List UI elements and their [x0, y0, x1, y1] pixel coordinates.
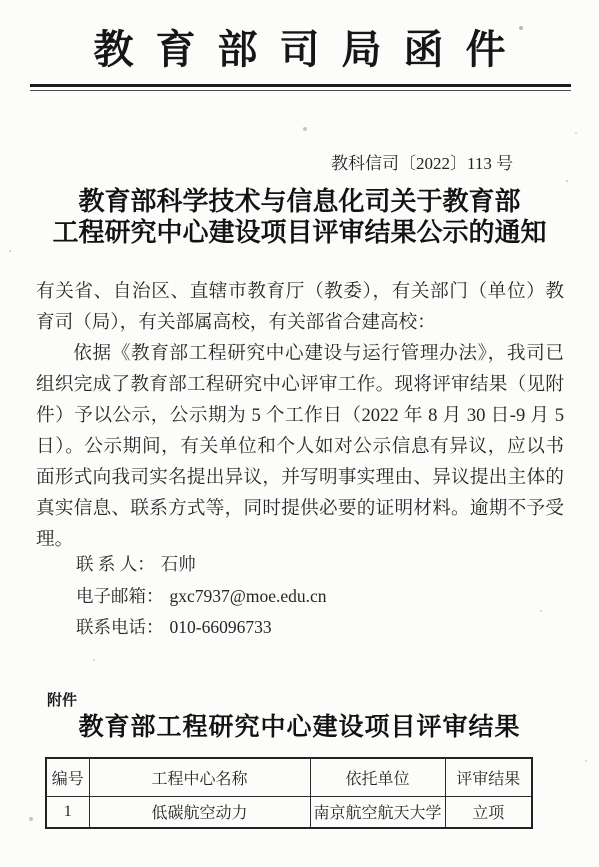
main-paragraph: 依据《教育部工程研究中心建设与运行管理办法》，我司已组织完成了教育部工程研究中心…	[36, 338, 564, 555]
contact-person-label: 联 系 人：	[76, 554, 155, 574]
contact-person-row: 联 系 人：石帅	[76, 549, 327, 581]
document-body: 有关省、自治区、直辖市教育厅（教委），有关部门（单位）教育司（局），有关部属高校…	[36, 276, 564, 555]
review-results-table: 编号 工程中心名称 依托单位 评审结果 1 低碳航空动力 南京航空航天大学 立项	[45, 757, 533, 829]
cell-center-name: 低碳航空动力	[89, 796, 310, 828]
header-cell-result: 评审结果	[445, 758, 532, 796]
contact-block: 联 系 人：石帅 电子邮箱：gxc7937@moe.edu.cn 联系电话：01…	[76, 549, 327, 644]
header-cell-number: 编号	[46, 758, 89, 796]
cell-number: 1	[46, 796, 89, 828]
contact-phone-value: 010-66096733	[164, 617, 272, 637]
contact-phone-label: 联系电话：	[76, 617, 164, 637]
contact-phone-row: 联系电话：010-66096733	[76, 612, 327, 644]
contact-email-value: gxc7937@moe.edu.cn	[164, 586, 327, 606]
attachment-table-title: 教育部工程研究中心建设项目评审结果	[0, 707, 599, 743]
document-number: 教科信司〔2022〕113 号	[331, 149, 513, 174]
masthead-title: 教育部司局函件	[0, 18, 599, 75]
table-row: 1 低碳航空动力 南京航空航天大学 立项	[46, 796, 532, 828]
masthead-rule-thick	[30, 84, 571, 87]
header-cell-host-unit: 依托单位	[310, 758, 445, 796]
scanned-document-page: 教育部司局函件 教科信司〔2022〕113 号 教育部科学技术与信息化司关于教育…	[0, 0, 599, 867]
document-title: 教育部科学技术与信息化司关于教育部 工程研究中心建设项目评审结果公示的通知	[0, 186, 599, 248]
cell-result: 立项	[445, 796, 532, 828]
contact-email-row: 电子邮箱：gxc7937@moe.edu.cn	[76, 581, 327, 613]
document-title-line2: 工程研究中心建设项目评审结果公示的通知	[0, 217, 599, 248]
salutation-paragraph: 有关省、自治区、直辖市教育厅（教委），有关部门（单位）教育司（局），有关部属高校…	[36, 276, 564, 338]
contact-person-value: 石帅	[155, 554, 196, 574]
table-header-row: 编号 工程中心名称 依托单位 评审结果	[46, 758, 532, 796]
contact-email-label: 电子邮箱：	[76, 586, 164, 606]
cell-host-unit: 南京航空航天大学	[310, 796, 445, 828]
masthead-rule-thin	[30, 90, 571, 91]
scan-noise-specks	[0, 0, 2, 2]
header-cell-center-name: 工程中心名称	[89, 758, 310, 796]
document-title-line1: 教育部科学技术与信息化司关于教育部	[0, 186, 599, 217]
